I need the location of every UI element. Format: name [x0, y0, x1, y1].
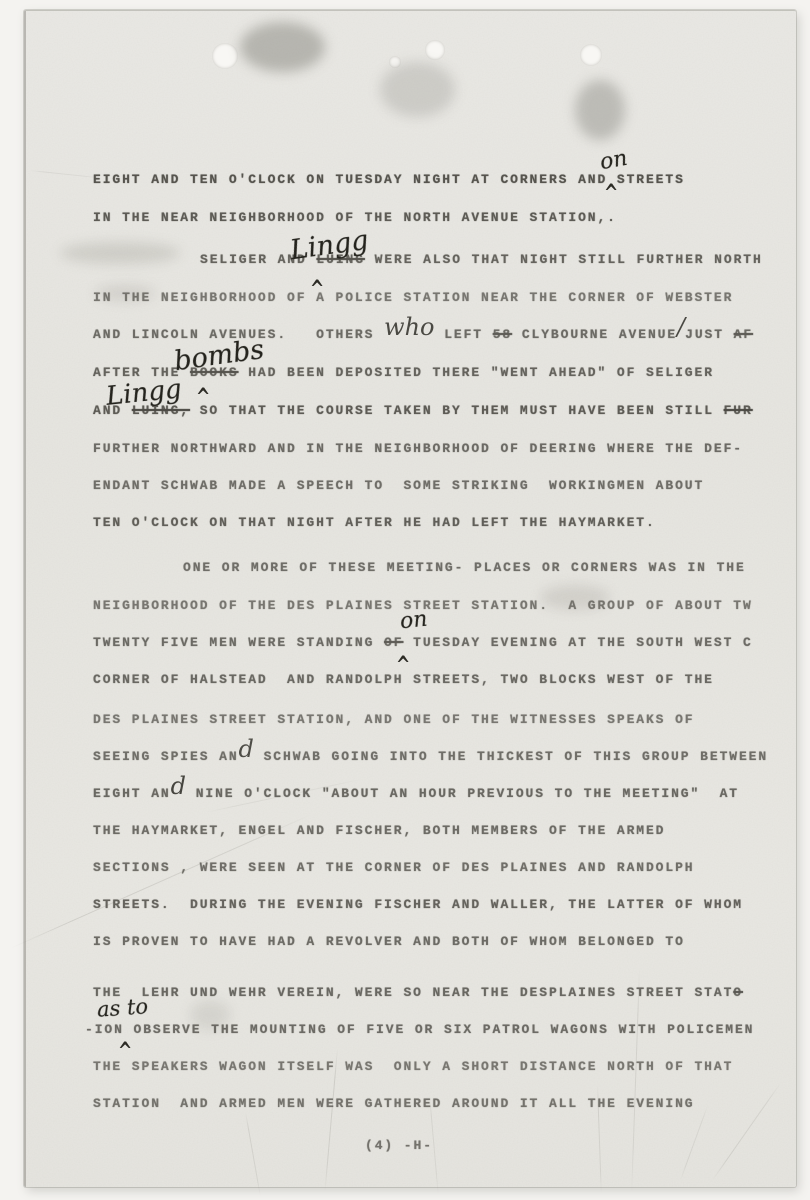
typed-line: SEEING SPIES ANd SCHWAB GOING INTO THE T…	[93, 749, 768, 765]
stain-mark	[575, 80, 625, 140]
typed-text: ONE OR MORE OF THESE MEETING- PLACES OR …	[183, 560, 746, 575]
typed-text: THE HAYMARKET, ENGEL AND FISCHER, BOTH M…	[93, 823, 665, 838]
typed-text: IS PROVEN TO HAVE HAD A REVOLVER AND BOT…	[93, 934, 685, 949]
stain-mark	[60, 242, 180, 264]
typed-text: SCHWAB GOING INTO THE THICKEST OF THIS G…	[254, 749, 768, 764]
typed-line: THE SPEAKERS WAGON ITSELF WAS ONLY A SHO…	[93, 1059, 733, 1075]
typed-text: TEN O'CLOCK ON THAT NIGHT AFTER HE HAD L…	[93, 515, 656, 530]
insertion-caret-mark: ^	[604, 183, 618, 206]
typed-line: IN THE NEAR NEIGHBORHOOD OF THE NORTH AV…	[93, 210, 617, 226]
scanned-document: EIGHT AND TEN O'CLOCK ON TUESDAY NIGHT A…	[0, 0, 810, 1200]
handwritten-inline: who	[384, 313, 434, 341]
typed-line: THE LEHR UND WEHR VEREIN, WERE SO NEAR T…	[93, 985, 743, 1001]
typed-text: JUST	[685, 327, 734, 342]
typed-text: -ION OBSERVE THE MOUNTING OF FIVE OR SIX…	[85, 1022, 754, 1037]
typed-line: AND LINCOLN AVENUES. OTHERS who LEFT 58 …	[93, 327, 753, 343]
typed-line: STREETS. DURING THE EVENING FISCHER AND …	[93, 897, 743, 913]
struck-text: AF	[734, 327, 753, 342]
insertion-caret-mark: ^	[196, 387, 210, 410]
typed-line: SECTIONS , WERE SEEN AT THE CORNER OF DE…	[93, 860, 694, 876]
typed-text: THE LEHR UND WEHR VEREIN, WERE SO NEAR T…	[93, 985, 733, 1000]
stain-mark	[240, 22, 325, 72]
typed-line: THE HAYMARKET, ENGEL AND FISCHER, BOTH M…	[93, 823, 665, 839]
handwritten-inline: d	[171, 772, 186, 800]
typed-line: DES PLAINES STREET STATION, AND ONE OF T…	[93, 712, 694, 728]
typed-text: TUESDAY EVENING AT THE SOUTH WEST C	[403, 635, 752, 650]
struck-text: 58	[493, 327, 512, 342]
handwritten-inline: /	[677, 313, 685, 341]
punch-hole	[425, 40, 445, 60]
typed-text: EIGHT AND TEN O'CLOCK ON TUESDAY NIGHT A…	[93, 172, 685, 187]
typed-text: STATION AND ARMED MEN WERE GATHERED AROU…	[93, 1096, 694, 1111]
typed-line: EIGHT AND TEN O'CLOCK ON TUESDAY NIGHT A…	[93, 172, 685, 188]
typed-line: EIGHT ANd NINE O'CLOCK "ABOUT AN HOUR PR…	[93, 786, 739, 802]
typed-text: IN THE NEIGHBORHOOD OF A POLICE STATION …	[93, 290, 733, 305]
typed-line: TWENTY FIVE MEN WERE STANDING OF TUESDAY…	[93, 635, 753, 651]
typed-text: NINE O'CLOCK "ABOUT AN HOUR PREVIOUS TO …	[186, 786, 739, 801]
typed-text: IN THE NEAR NEIGHBORHOOD OF THE NORTH AV…	[93, 210, 617, 225]
typed-line: IN THE NEIGHBORHOOD OF A POLICE STATION …	[93, 290, 733, 306]
typed-text: FURTHER NORTHWARD AND IN THE NEIGHBORHOO…	[93, 441, 743, 456]
handwritten-note: as to	[96, 994, 149, 1022]
typed-line: TEN O'CLOCK ON THAT NIGHT AFTER HE HAD L…	[93, 515, 656, 531]
typed-text: LEFT	[435, 327, 493, 342]
typed-text: TWENTY FIVE MEN WERE STANDING	[93, 635, 384, 650]
insertion-caret-mark: ^	[310, 279, 324, 302]
typed-text: ENDANT SCHWAB MADE A SPEECH TO SOME STRI…	[93, 478, 704, 493]
insertion-caret-mark: ^	[118, 1041, 132, 1064]
typed-text: SECTIONS , WERE SEEN AT THE CORNER OF DE…	[93, 860, 694, 875]
typed-text: HAD BEEN DEPOSITED THERE "WENT AHEAD" OF…	[239, 365, 714, 380]
typed-text: STREETS. DURING THE EVENING FISCHER AND …	[93, 897, 743, 912]
struck-text: O	[733, 985, 743, 1000]
typed-line: AND LUING, SO THAT THE COURSE TAKEN BY T…	[93, 403, 753, 419]
typed-line: FURTHER NORTHWARD AND IN THE NEIGHBORHOO…	[93, 441, 743, 457]
typed-line: ONE OR MORE OF THESE MEETING- PLACES OR …	[183, 560, 746, 576]
typed-line: STATION AND ARMED MEN WERE GATHERED AROU…	[93, 1096, 694, 1112]
stain-mark	[380, 62, 455, 117]
typed-text: DES PLAINES STREET STATION, AND ONE OF T…	[93, 712, 694, 727]
typed-text: SO THAT THE COURSE TAKEN BY THEM MUST HA…	[190, 403, 724, 418]
punch-hole	[580, 44, 602, 66]
handwritten-note: on	[598, 146, 629, 175]
typed-line: -ION OBSERVE THE MOUNTING OF FIVE OR SIX…	[85, 1022, 754, 1038]
typed-line: SELIGER AND LUING WERE ALSO THAT NIGHT S…	[200, 252, 763, 268]
struck-text: FUR	[724, 403, 753, 418]
typed-text: EIGHT AN	[93, 786, 171, 801]
typed-text: SEEING SPIES AN	[93, 749, 239, 764]
handwritten-note: on	[399, 607, 429, 635]
punch-hole	[212, 43, 238, 69]
insertion-caret-mark: ^	[396, 655, 410, 678]
struck-text: OF	[384, 635, 403, 650]
typed-text: THE SPEAKERS WAGON ITSELF WAS ONLY A SHO…	[93, 1059, 733, 1074]
typed-text: CLYBOURNE AVENUE	[512, 327, 677, 342]
page-number: (4) -H-	[365, 1138, 433, 1153]
typed-text: WERE ALSO THAT NIGHT STILL FURTHER NORTH	[365, 252, 763, 267]
handwritten-inline: d	[239, 735, 254, 763]
typed-line: IS PROVEN TO HAVE HAD A REVOLVER AND BOT…	[93, 934, 685, 950]
typed-line: ENDANT SCHWAB MADE A SPEECH TO SOME STRI…	[93, 478, 704, 494]
